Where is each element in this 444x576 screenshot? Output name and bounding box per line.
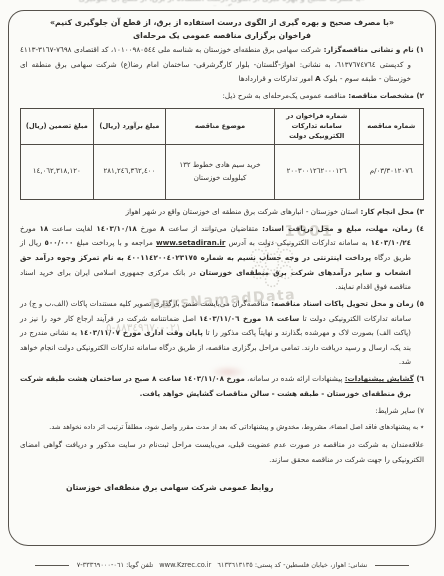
cell-tender-subject: خرید سیم هادی خطوط ١٣٢ کیلوولت خوزستان <box>166 144 275 199</box>
footer-text: نشانی: اهواز، خیابان فلسطین- کد پستی: ٦١… <box>75 561 370 569</box>
col-tender-number: شماره مناقصه <box>359 108 423 144</box>
cell-setad-call-number: ٢٠٠٣٠٠١٢٦٢٠٠٠١٢٦ <box>274 144 359 199</box>
section-2-tender-specs: ٢) مشخصات مناقصه: مناقصه عمومی یک‌مرحله‌… <box>20 89 424 104</box>
section-7-other-terms-label: ٧) سایر شرایط: <box>20 404 424 419</box>
col-tender-subject: موضوع مناقصه <box>166 108 275 144</box>
cell-tender-number: ٠٣/٣٠١٢٠٧٦/م <box>359 144 423 199</box>
section-7-registration-note: علاقه‌مندان به شرکت در مناقصه در صورت عد… <box>20 438 424 468</box>
cell-guarantee-amount: ١٤,٠٦٢,٣١٨,١٢٠ <box>21 144 94 199</box>
section-4-document-purchase: ٤) زمان، مهلت، مبلغ و محل دریافت اسناد: … <box>20 222 424 295</box>
scanned-tender-notice: «با مصرف صحیح و بهره گیری از الگوی درست … <box>0 0 444 576</box>
col-estimate-amount: مبلغ برآورد (ریال) <box>93 108 166 144</box>
footer-website: www.Kzrec.co.ir <box>159 561 211 569</box>
section-5-envelope-delivery: ٥) زمان و محل تحویل پاکات اسناد مناقصه: … <box>20 297 424 370</box>
page-title: فراخوان برگزاری مناقصه عمومی یک مرحله‌ای <box>20 31 424 40</box>
tender-table: شماره مناقصه شماره فراخوان در سامانه تدا… <box>20 108 424 200</box>
public-relations-signature: روابط عمومی شرکت سهامی برق منطقه‌ای خوزس… <box>20 483 424 492</box>
footer-right-rule <box>35 565 69 566</box>
table-header-row: شماره مناقصه شماره فراخوان در سامانه تدا… <box>21 108 424 144</box>
footer-address: نشانی: اهواز، خیابان فلسطین- کد پستی: ٦١… <box>217 561 367 569</box>
cut-off-text-artifact: «با مصرف صحیح و بهره گیری از الگوی درست … <box>70 0 374 6</box>
section-6-bid-opening: ٦) گشایش پیشنهادات: پیشنهادات ارائه شده … <box>20 372 424 401</box>
col-guarantee-amount: مبلغ تضمین (ریال) <box>21 108 94 144</box>
footer-contact-line: نشانی: اهواز، خیابان فلسطین- کد پستی: ٦١… <box>0 561 444 569</box>
cell-estimate-amount: ٢٨١,٢٤٦,٣٦٢,٤٠٠ <box>93 144 166 199</box>
energy-slogan: «با مصرف صحیح و بهره گیری از الگوی درست … <box>20 18 424 27</box>
notice-border-frame: «با مصرف صحیح و بهره گیری از الگوی درست … <box>8 10 436 546</box>
footer-left-rule <box>375 565 409 566</box>
col-setad-call-number: شماره فراخوان در سامانه تدارکات الکترونی… <box>274 108 359 144</box>
section-7-bullet: ٭ به پیشنهادهای فاقد اصل امضاء، مشروط، م… <box>20 421 424 434</box>
section-1-bidder-name-address: ١) نام و نشانی مناقصه‌گزار: شرکت سهامی ب… <box>20 43 424 87</box>
table-row: ٠٣/٣٠١٢٠٧٦/م ٢٠٠٣٠٠١٢٦٢٠٠٠١٢٦ خرید سیم ه… <box>21 144 424 199</box>
footer-phone: تلفن گویا: ٠٦١-٣٣٣٦٩٠٠٠-٧ <box>77 561 153 569</box>
section-3-work-location: ٣) محل انجام کار: استان خوزستان - انباره… <box>20 205 424 220</box>
